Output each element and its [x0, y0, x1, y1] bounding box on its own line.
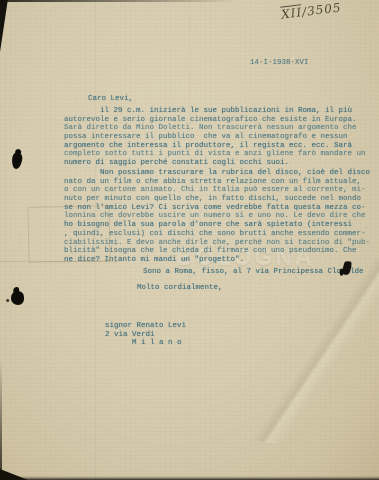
typed-line: o con un cartone animato. Chi in Italia …: [64, 186, 376, 195]
typed-line: il 29 c.m. inizierà le sue pubblicazioni…: [64, 107, 376, 116]
typed-line: signor Renato Levi: [105, 322, 186, 331]
fold-line: [0, 261, 118, 262]
scan-edge-top-left: [0, 0, 13, 52]
typed-line: possa interessare il pubblico che va al …: [64, 133, 376, 142]
scan-edge-bottom-left: [0, 469, 28, 480]
letter-date: 14-I-1938-XVI: [250, 59, 309, 68]
annotation-roman-numeral: XII: [280, 5, 303, 21]
archival-annotation: XII/3505: [280, 0, 342, 21]
typed-line: numero di saggio perché constati cogli o…: [64, 159, 376, 168]
typed-line: , quindi, esclusi) coi dischi che sono b…: [64, 230, 376, 239]
recipient-address: signor Renato Levi2 via Verdi M i l a n …: [105, 322, 186, 348]
typed-line: Non possiamo trascurare la rubrica del d…: [64, 169, 376, 178]
ink-blot-bottom: [10, 290, 24, 305]
location-line: Sono a Roma, fisso, al 7 via Principessa…: [143, 268, 364, 277]
scan-edge-bottom: [0, 476, 379, 480]
paragraph-1: il 29 c.m. inizierà le sue pubblicazioni…: [64, 107, 376, 168]
salutation: Caro Levi,: [88, 95, 133, 104]
embossed-stamp-outline: [28, 205, 111, 262]
closing-line: Molto cordialmente,: [137, 284, 223, 293]
typed-line: M i l a n o: [105, 339, 186, 348]
scan-edge-top: [0, 0, 240, 2]
typed-line: nuto per minuto con quello che, in fatto…: [64, 195, 376, 204]
typed-line: ciabilissimi. E devo anche dirle che, pe…: [64, 239, 376, 248]
typed-line: ho bisogno della sua parola d'onore che …: [64, 221, 376, 230]
scan-edge-left: [0, 360, 2, 480]
scanned-letter-page: BOLOGNA XII/3505 14-I-1938-XVI Caro Levi…: [0, 0, 379, 480]
typed-line: lonnina che dovrebbe uscire un numero sì…: [64, 212, 376, 221]
paragraph-2: Non possiamo trascurare la rubrica del d…: [64, 169, 376, 265]
ink-blot-top: [11, 151, 23, 169]
typed-line: Sarà diretto da Mino Doletti. Non trascu…: [64, 124, 376, 133]
annotation-number: /3505: [301, 0, 342, 19]
typed-line: blicità" bisogna che le chieda di firmar…: [64, 247, 376, 256]
typed-line: completo sotto tutti i punti di vista e …: [64, 150, 376, 159]
